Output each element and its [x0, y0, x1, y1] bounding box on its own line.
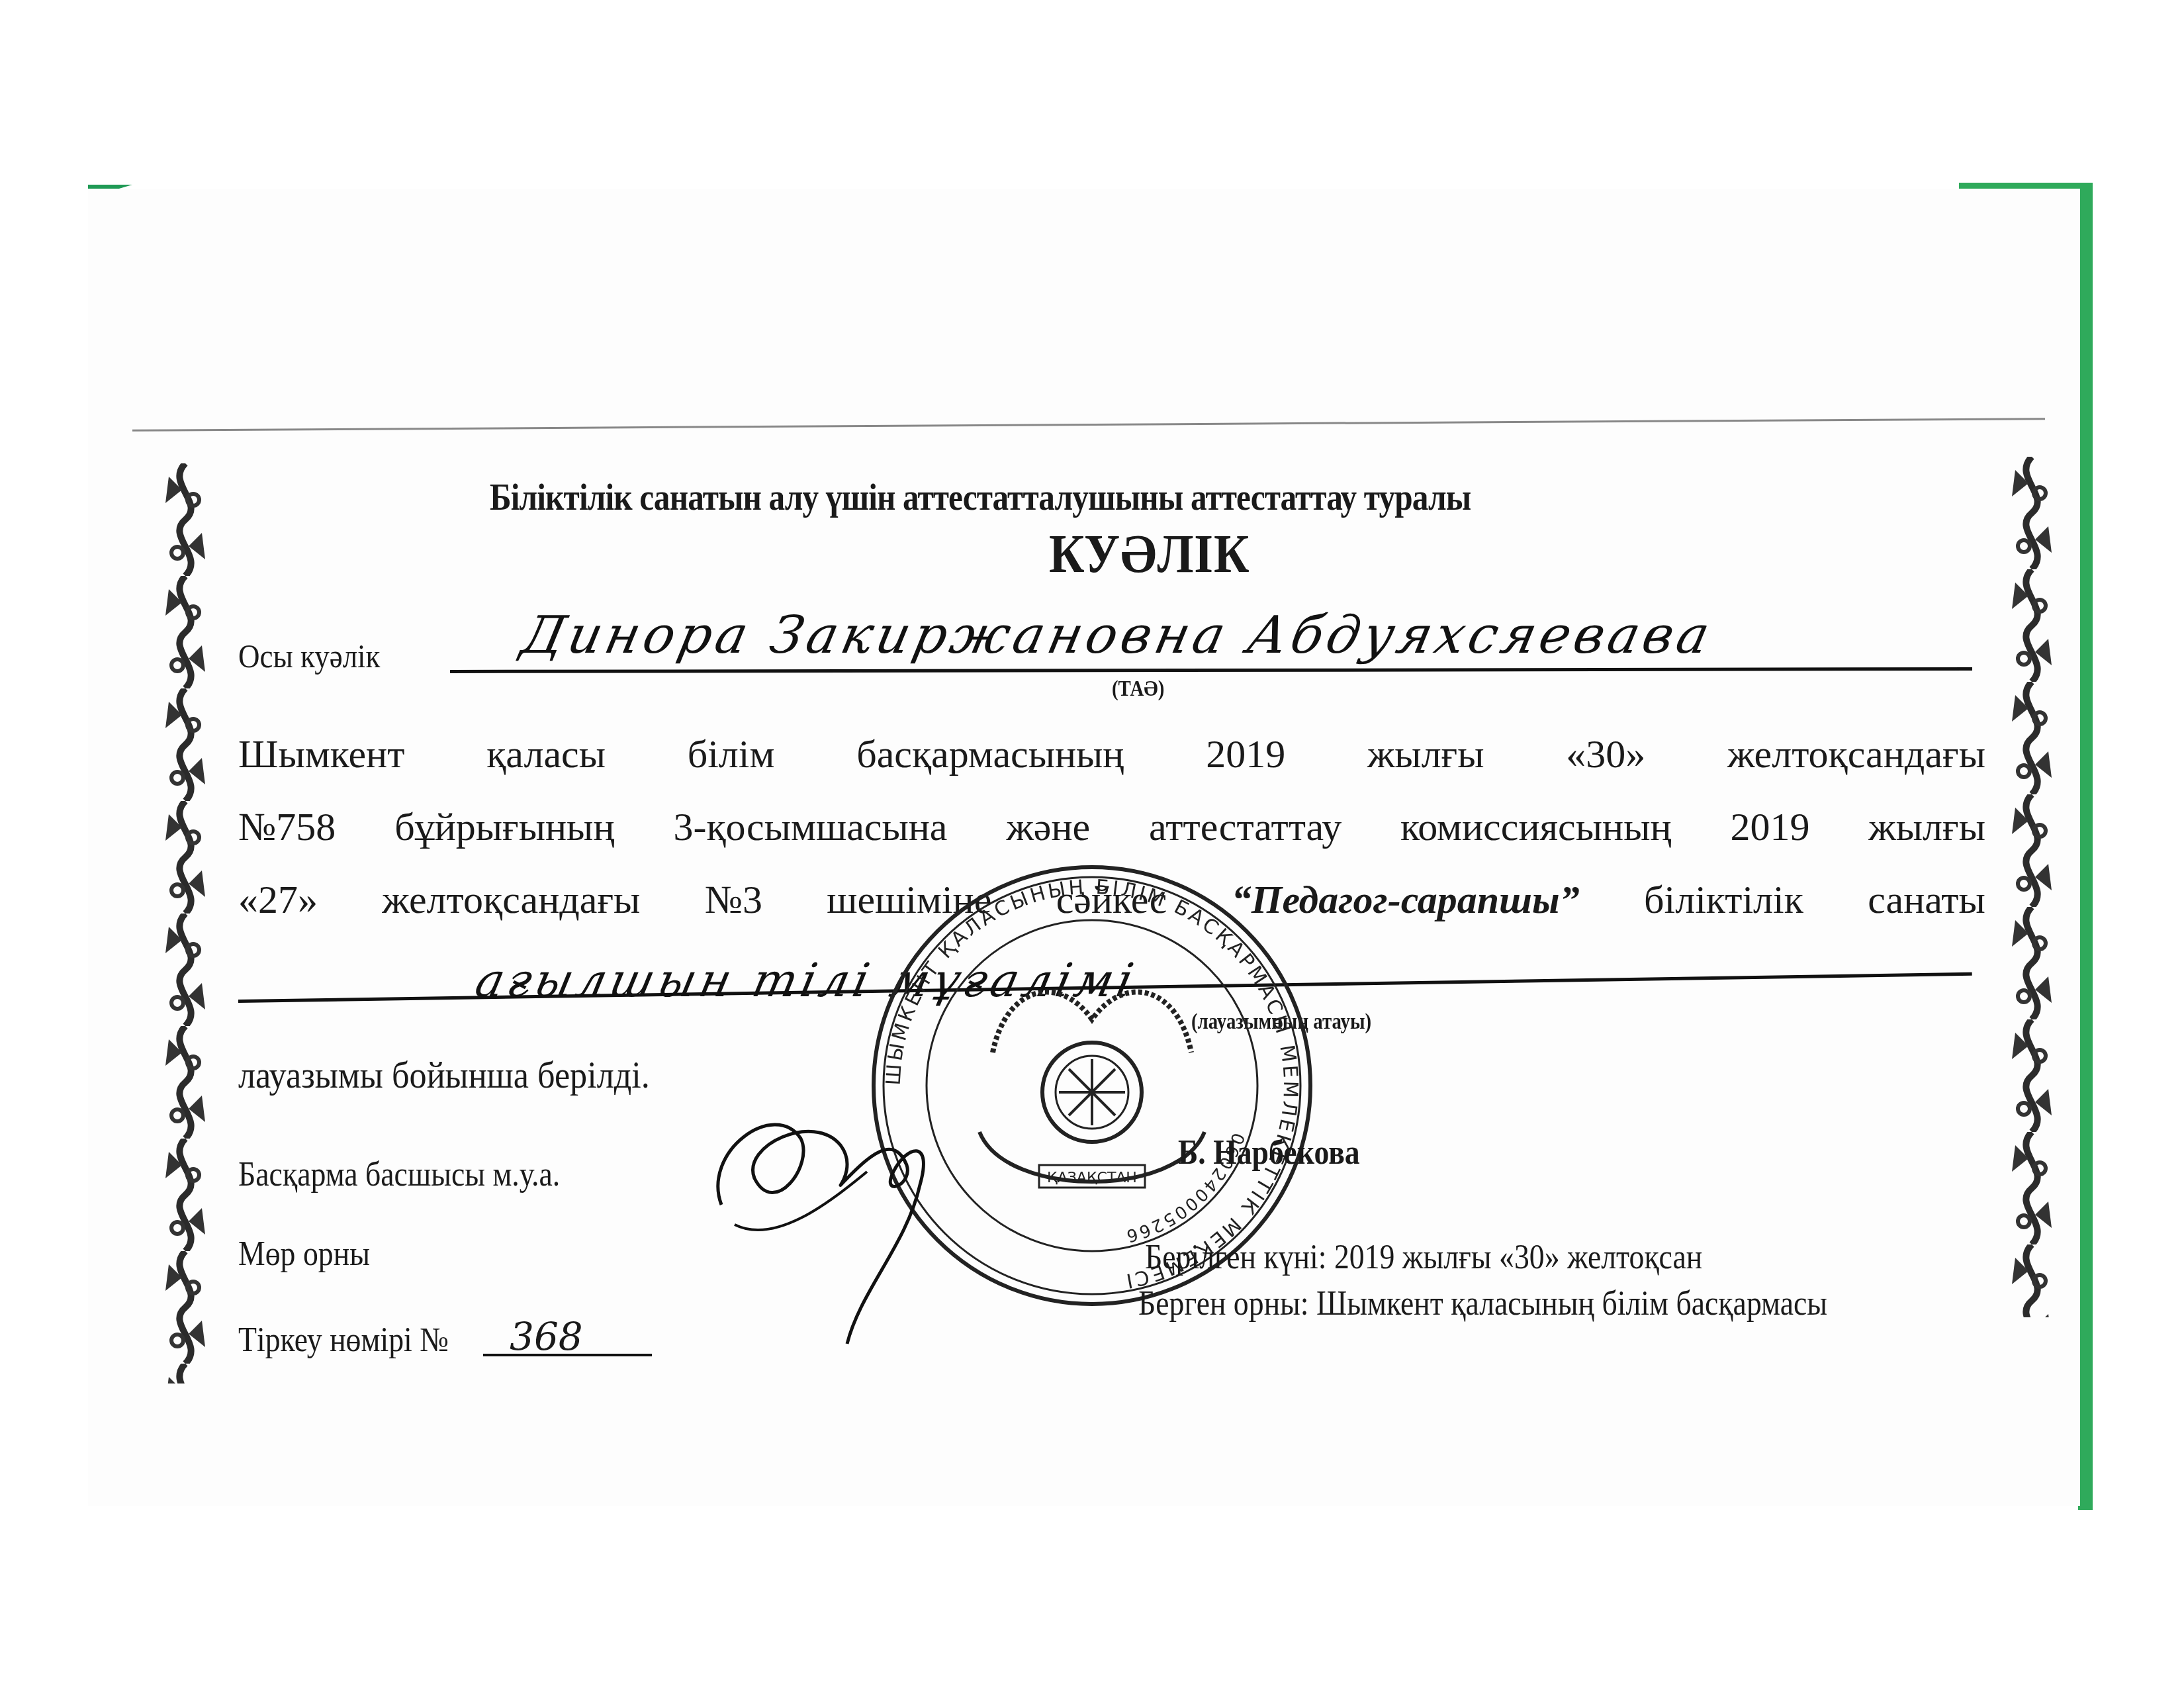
body-word: және [1006, 804, 1090, 850]
body-word: бұйрығының [394, 804, 614, 850]
recipient-label: Осы куәлік [238, 637, 380, 675]
body-word: 2019 [1206, 731, 1285, 777]
registration-number: 368 [510, 1314, 583, 1359]
body-word: 3-қосымшасына [673, 804, 947, 850]
certificate-title: КУӘЛІК [1049, 523, 1250, 585]
body-word: «30» [1566, 731, 1645, 777]
body-word: басқармасының [856, 731, 1124, 777]
body-word: комиссиясының [1400, 804, 1671, 850]
ornament-border-left [159, 463, 212, 1383]
body-word: №758 [238, 804, 336, 850]
svg-text:ҚАЗАҚСТАН: ҚАЗАҚСТАН [1047, 1170, 1137, 1186]
body-word: білім [688, 731, 775, 777]
signatory-label: Басқарма басшысы м.у.а. [238, 1155, 560, 1194]
body-word: желтоқсандағы [382, 877, 640, 923]
issued-by: Берген орны: Шымкент қаласының білім бас… [1138, 1284, 1827, 1323]
ornament-border-right [2005, 457, 2058, 1317]
signature [695, 1072, 1026, 1350]
closing-line: лауазымы бойынша берілді. [238, 1053, 650, 1097]
certificate-heading: Біліктілік санатын алу үшін аттестатталу… [490, 477, 1471, 519]
body-word: «27» [238, 877, 318, 923]
recipient-name-hint: (ТАӘ) [1112, 677, 1164, 702]
issue-date: Берілген күні: 2019 жылғы «30» желтоқсан [1145, 1238, 1702, 1277]
body-word: жылғы [1367, 731, 1484, 777]
seal-place-label: Мөр орны [238, 1235, 370, 1274]
body-word: желтоқсандағы [1727, 731, 1985, 777]
registration-label: Тіркеу нөмірі № [238, 1321, 449, 1360]
body-word: аттестаттау [1149, 804, 1342, 850]
signatory-name: Б. Нарбекова [1178, 1133, 1360, 1172]
body-word: №3 [705, 877, 762, 923]
body-line-2: №758 бұйрығының 3-қосымшасына және аттес… [238, 804, 1985, 850]
body-line-1: Шымкент қаласы білім басқармасының 2019 … [238, 731, 1985, 777]
recipient-name-handwritten: Динора Закиржановна Абдуяхсяевава [516, 606, 1718, 665]
body-word: жылғы [1868, 804, 1985, 850]
body-word: біліктілік [1644, 877, 1803, 923]
body-word: 2019 [1730, 804, 1809, 850]
body-word: санаты [1868, 877, 1985, 923]
green-edge-right [2078, 183, 2093, 1510]
body-word: Шымкент [238, 731, 404, 777]
body-word: қаласы [486, 731, 606, 777]
registration-underline [483, 1354, 652, 1356]
